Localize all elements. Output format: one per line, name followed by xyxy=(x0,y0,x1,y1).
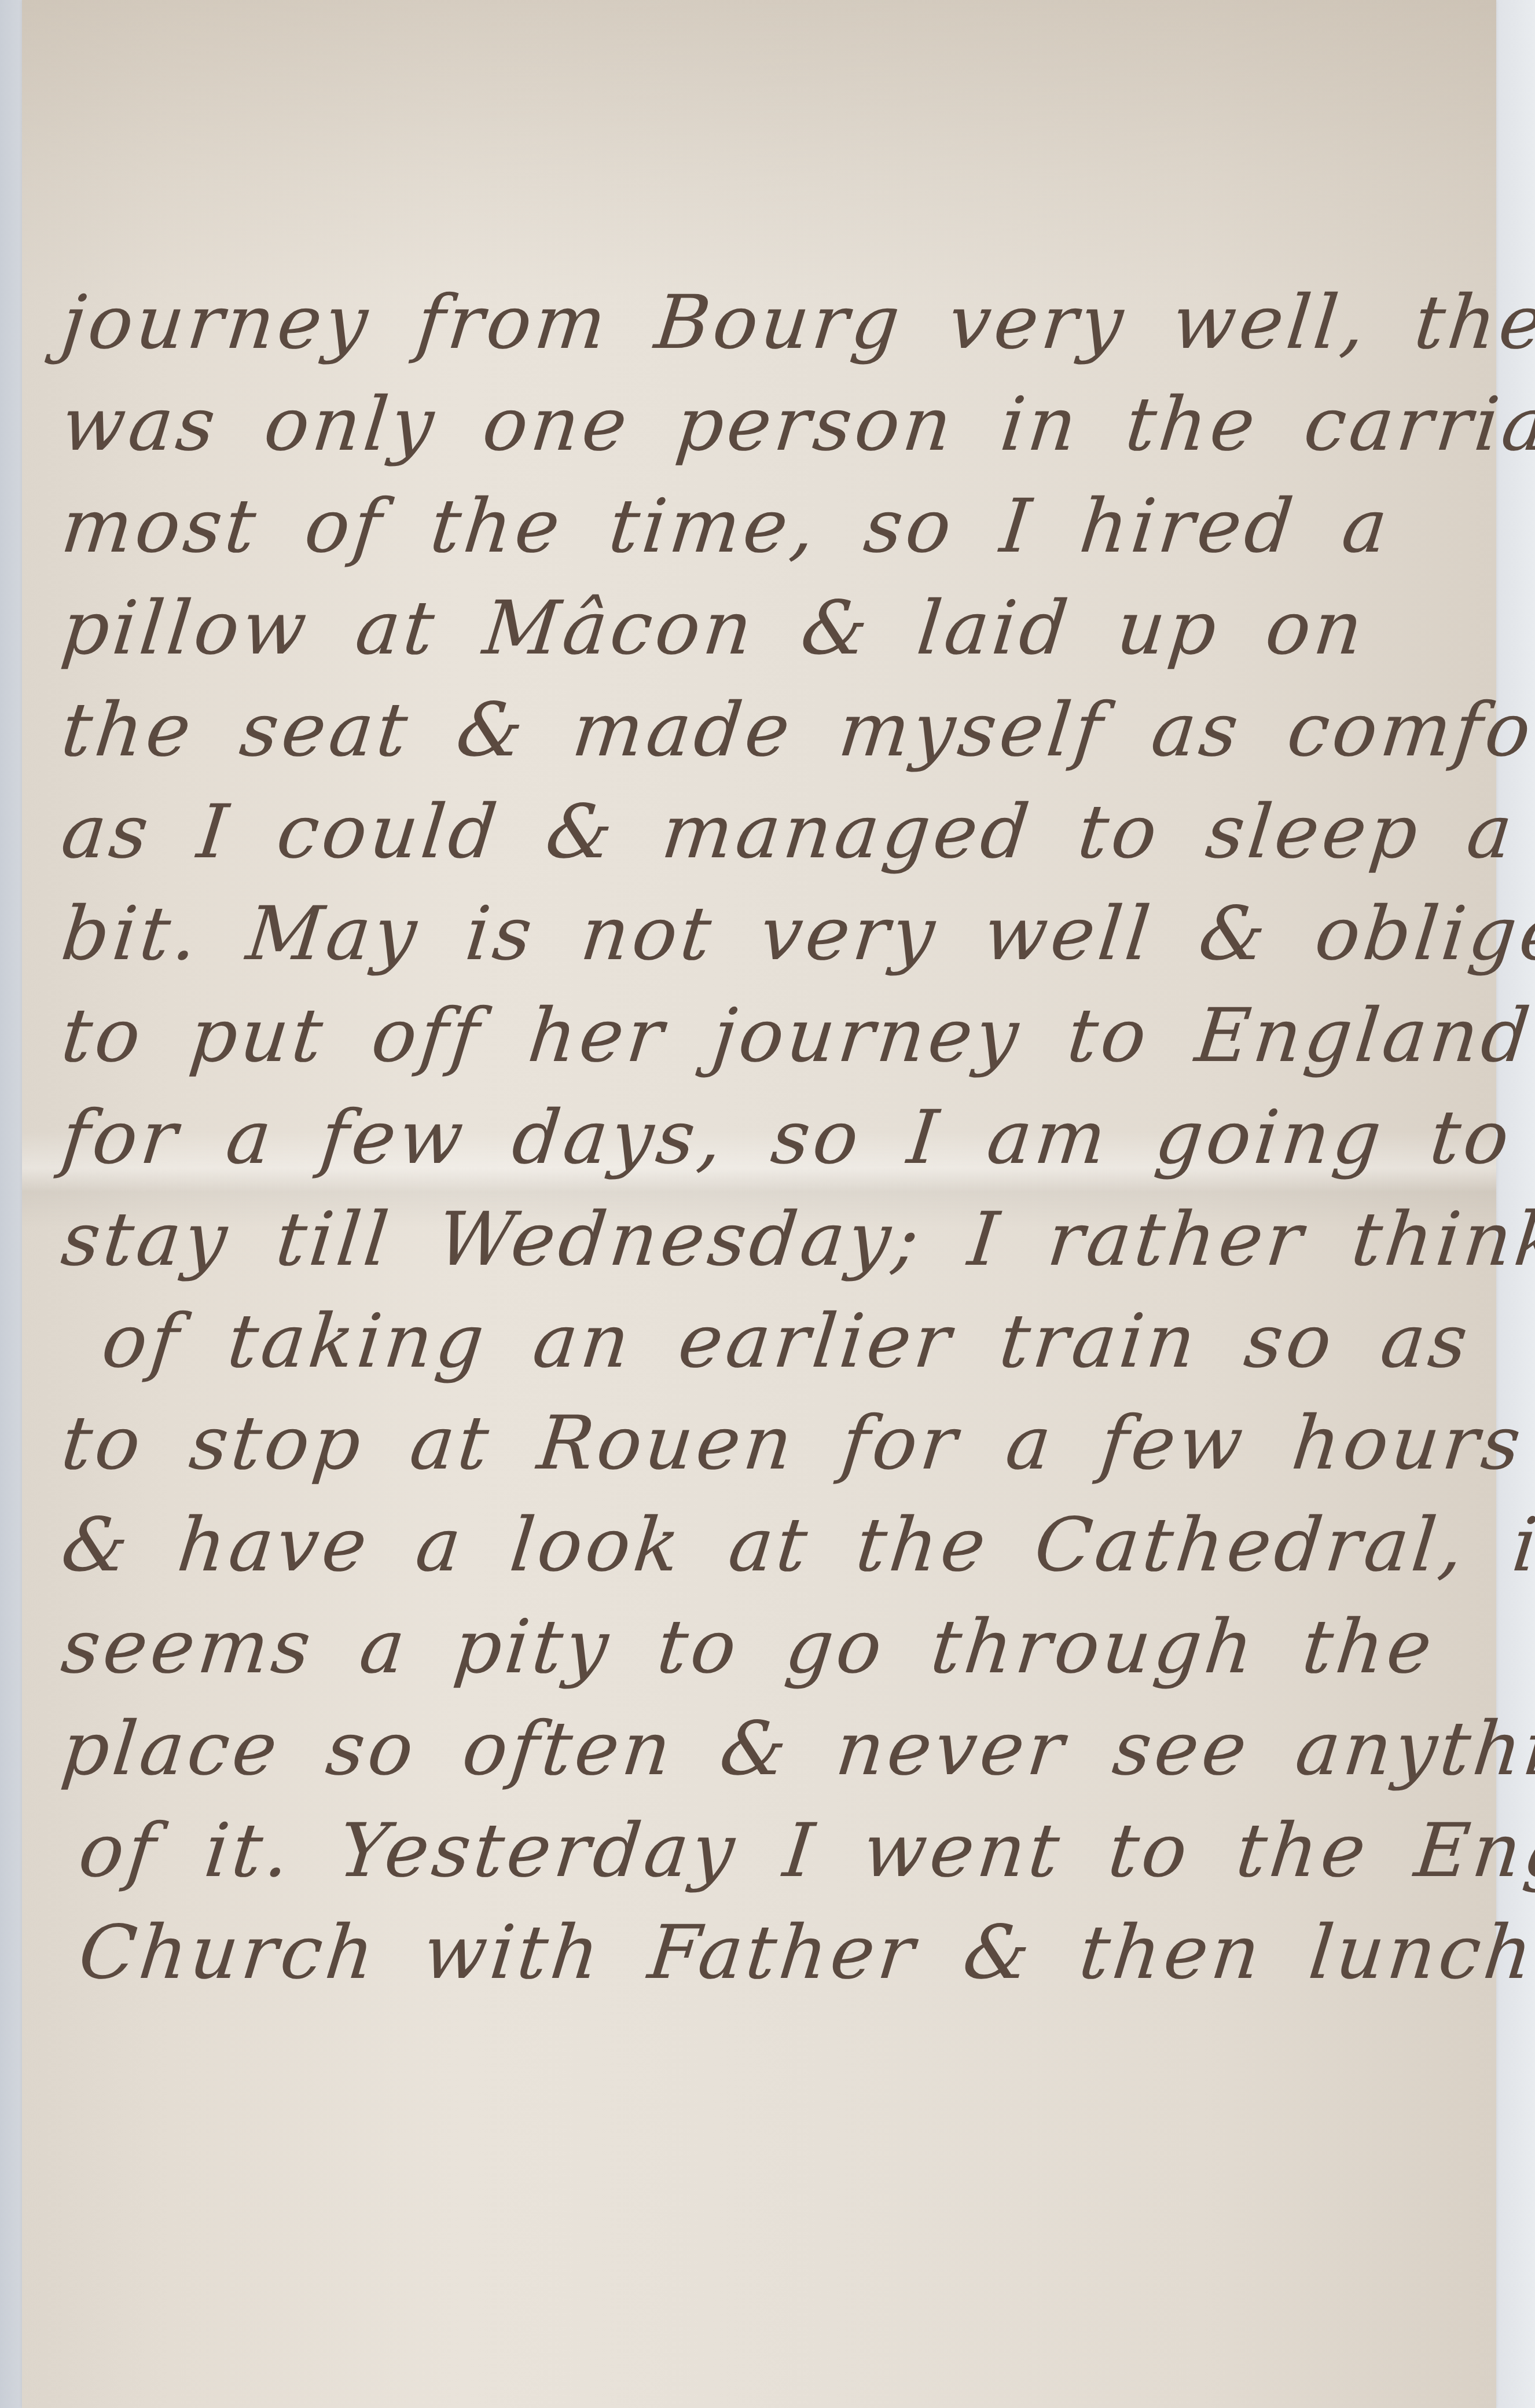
letter-line: place so often & never see anything xyxy=(57,1698,1479,1800)
letter-line: Church with Father & then lunched xyxy=(57,1902,1479,2004)
letter-line: was only one person in the carriage xyxy=(57,374,1479,476)
letter-page: journey from Bourg very well, there was … xyxy=(22,0,1496,2408)
background-left xyxy=(0,0,23,2408)
letter-line: to put off her journey to England xyxy=(57,985,1479,1087)
letter-line: bit. May is not very well & obliged xyxy=(57,883,1479,985)
handwritten-text-block: journey from Bourg very well, there was … xyxy=(57,272,1469,2004)
letter-line: for a few days, so I am going to xyxy=(57,1087,1479,1189)
letter-line: the seat & made myself as comfortable xyxy=(57,680,1479,781)
letter-line: & have a look at the Cathedral, it xyxy=(57,1495,1479,1596)
letter-line: of it. Yesterday I went to the English xyxy=(57,1800,1479,1902)
letter-line: of taking an earlier train so as xyxy=(57,1291,1479,1393)
letter-line: seems a pity to go through the xyxy=(57,1596,1479,1698)
letter-line: most of the time, so I hired a xyxy=(57,476,1479,578)
letter-line: pillow at Mâcon & laid up on xyxy=(57,578,1479,680)
paper-shadow xyxy=(22,0,1496,301)
letter-line: to stop at Rouen for a few hours xyxy=(57,1393,1479,1495)
letter-line: as I could & managed to sleep a xyxy=(57,781,1479,883)
letter-line: stay till Wednesday; I rather think xyxy=(57,1189,1479,1291)
letter-line: journey from Bourg very well, there xyxy=(57,272,1479,374)
